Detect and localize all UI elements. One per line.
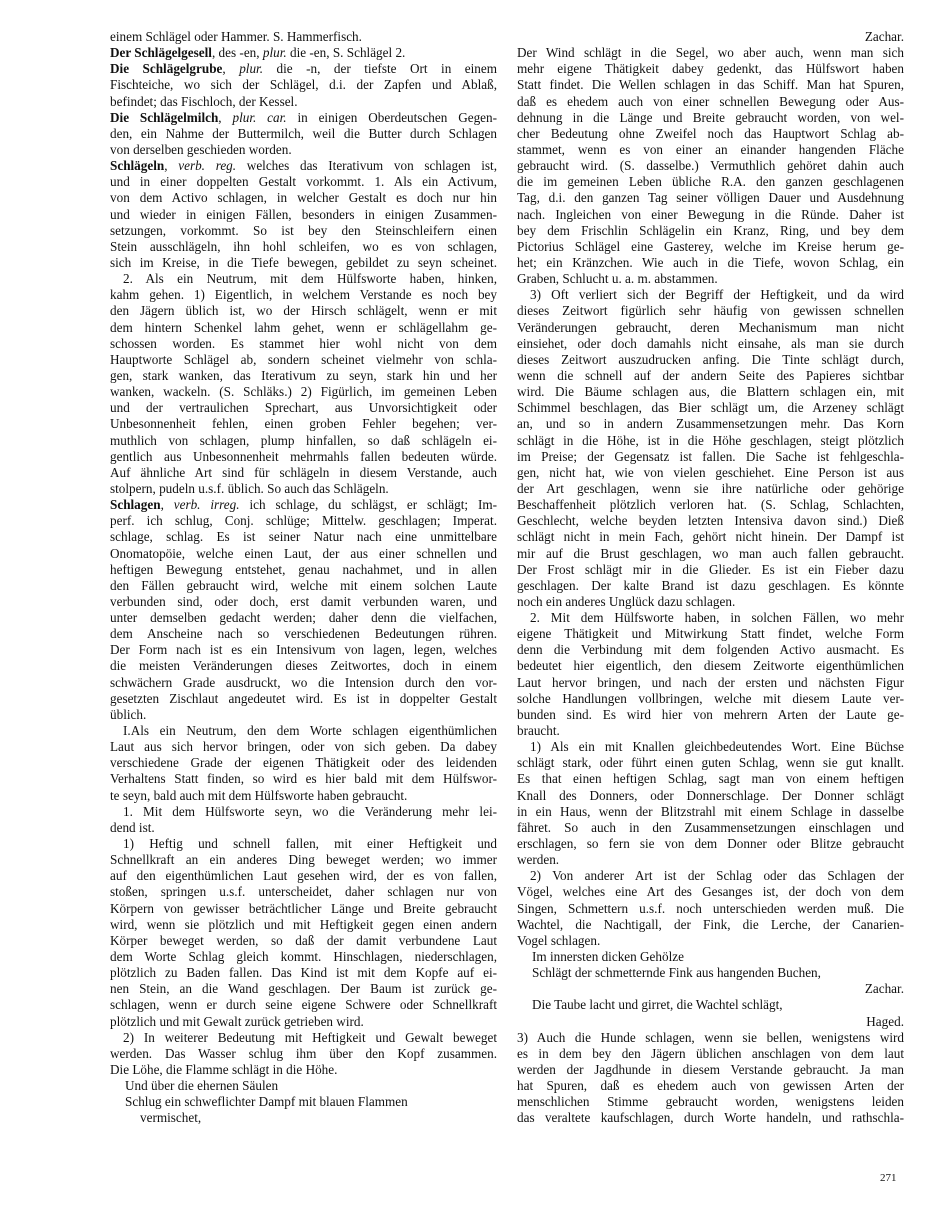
- text-line: Pictorius Schlägel eine Gasterey, welche…: [517, 239, 904, 255]
- text-line: 3) Oft verliert sich der Begriff der Hef…: [517, 287, 904, 303]
- text-line: Zachar.: [517, 981, 904, 997]
- text-line: Die Löhe, die Flamme schlägt in die Höhe…: [110, 1062, 497, 1078]
- entry-headword-line: Schlägeln, verb. reg. welches das Iterat…: [110, 158, 497, 174]
- grammar-label: verb. irreg.: [174, 497, 240, 512]
- text-line: unter demselben gedacht werden; daher de…: [110, 610, 497, 626]
- text-line: Zachar.: [517, 29, 904, 45]
- text-line: Es that einen heftigen Schlag, sagt man …: [517, 771, 904, 787]
- right-column: Zachar.Der Wind schlägt in die Segel, wo…: [517, 29, 904, 1127]
- text-line: in ein Haus, wenn der Blitzstrahl mit ei…: [517, 804, 904, 820]
- text-line: plötzlich und mit Gewalt zurück getriebe…: [110, 1014, 497, 1030]
- text-line: verbunden sind, oder doch, erst damit ve…: [110, 594, 497, 610]
- grammar-label: verb. reg.: [178, 158, 236, 173]
- page-number: 271: [880, 1172, 897, 1184]
- text-line: wird. Die Bäume schlagen aus, die Blatte…: [517, 384, 904, 400]
- text-line: te seyn, bald auch mit dem Hülfsworte ha…: [110, 788, 497, 804]
- text-line: eigene Thätigkeit und Mitwirkung Statt f…: [517, 626, 904, 642]
- text-line: das veraltete kaufschlagen, durch Worte …: [517, 1110, 904, 1126]
- text-line: nach. Ingleichen von einer Bewegung in d…: [517, 207, 904, 223]
- text-line: Körper beweget werden, so daß der damit …: [110, 933, 497, 949]
- text-line: schlage, schlag. Es ist seiner Natur nac…: [110, 529, 497, 545]
- text-line: daß es ehedem auch von einer schnellen B…: [517, 94, 904, 110]
- left-column: einem Schlägel oder Hammer. S. Hammerfis…: [110, 29, 497, 1127]
- text-line: fähret. So auch in den Zusammensetzungen…: [517, 820, 904, 836]
- text-line: 1. Mit dem Hülfsworte seyn, wo die Verän…: [110, 804, 497, 820]
- text-line: den, ein Nahme der Buttermilch, weil die…: [110, 126, 497, 142]
- text-line: noch ein anderes Unglück dazu schlagen.: [517, 594, 904, 610]
- text-line: Verhaltens Statt finden, so wird es hier…: [110, 771, 497, 787]
- entry-headword-line: Schlagen, verb. irreg. ich schlage, du s…: [110, 497, 497, 513]
- text-line: einsiehet, oder doch damahls nicht einsa…: [517, 336, 904, 352]
- text-line: mir auf die Brust geschlagen, wo man auc…: [517, 546, 904, 562]
- text-line: Graben, Schlucht u. a. m. abstammen.: [517, 271, 904, 287]
- text-line: üblich.: [110, 707, 497, 723]
- text-line: plötzlich zu Baden fallen. Das Kind ist …: [110, 965, 497, 981]
- text-line: von derselben geschieden worden.: [110, 142, 497, 158]
- text-line: dieses Zeitwort figürlich sehr häufig vo…: [517, 303, 904, 319]
- text-line: werden.: [517, 852, 904, 868]
- text-line: Schlug ein schweflichter Dampf mit blaue…: [110, 1094, 497, 1110]
- text-line: Stein ausschlägeln, ihn hohl schleifen, …: [110, 239, 497, 255]
- text-line: Schimmel beschlagen, das Bier schlägt um…: [517, 400, 904, 416]
- text-line: von dem Activo schlagen, in welcher Gest…: [110, 190, 497, 206]
- text-line: gen, stark wanken, das Iterativum zu sey…: [110, 368, 497, 384]
- text-line: menschlichen Stimme gebraucht worden, we…: [517, 1094, 904, 1110]
- text-line: het; ein Kränzchen. Wie auch in die Tief…: [517, 255, 904, 271]
- text-line: Auf ähnliche Art sind für schlägeln in d…: [110, 465, 497, 481]
- headword: Schlägeln: [110, 158, 164, 173]
- text-line: Hauptworte Schlägel ab, sondern scheinet…: [110, 352, 497, 368]
- text-line: der Art geschlagen, wenn sie ihre natürl…: [517, 481, 904, 497]
- text-line: gentlich aus Unbesonnenheit mehrmahls fa…: [110, 449, 497, 465]
- text-line: wanken, wackeln. (S. Schläks.) 2) Figürl…: [110, 384, 497, 400]
- text-line: schlägt in die Höhe, ist in die Höhe ges…: [517, 433, 904, 449]
- text-line: muthlich von schlagen, plump hinfallen, …: [110, 433, 497, 449]
- text-line: einem Schlägel oder Hammer. S. Hammerfis…: [110, 29, 497, 45]
- text-line: dem Worte Schlag gleich kommt. Hinschlag…: [110, 949, 497, 965]
- text-line: auf den eigenthümlichen Laut gesehen wir…: [110, 868, 497, 884]
- entry-headword-line: Der Schlägelgesell, des -en, plur. die -…: [110, 45, 497, 61]
- text-line: befindet; das Fischloch, der Kessel.: [110, 94, 497, 110]
- text-line: Der Form nach ist es ein Intensivum von …: [110, 642, 497, 658]
- text-line: Vögel, welches eine Art des Gesanges ist…: [517, 884, 904, 900]
- text-line: 1) Als ein mit Knallen gleichbedeutendes…: [517, 739, 904, 755]
- text-line: heftigen Bewegung entstehet, genau nacha…: [110, 562, 497, 578]
- text-line: wenn die schnell auf der andern Seite de…: [517, 368, 904, 384]
- text-line: verschiedene Grade der eigenen Thätigkei…: [110, 755, 497, 771]
- text-line: stolpern, pudeln u.s.f. üblich. So auch …: [110, 481, 497, 497]
- text-line: Schlägt der schmetternde Fink aus hangen…: [517, 965, 904, 981]
- text-line: nen Stein, an die Wand geschlagen. Der B…: [110, 981, 497, 997]
- text-line: stoßen, springen u.s.f. unterscheidet, d…: [110, 884, 497, 900]
- text-line: Die Taube lacht und girret, die Wachtel …: [517, 997, 904, 1013]
- text-line: Schnellkraft an ein anderes Ding beweget…: [110, 852, 497, 868]
- text-line: erschlagen, so fern sie von dem Donner o…: [517, 836, 904, 852]
- text-line: 2. Mit dem Hülfsworte haben, in solchen …: [517, 610, 904, 626]
- grammar-label: plur. car.: [232, 110, 286, 125]
- text-line: Vogel schlagen.: [517, 933, 904, 949]
- text-line: Veränderungen gebraucht, deren Mechanism…: [517, 320, 904, 336]
- text-line: Der Wind schlägt in die Segel, wo aber a…: [517, 45, 904, 61]
- text-line: bey dem Frischlin Schlägelin ein Kranz, …: [517, 223, 904, 239]
- text-line: 2) In weiterer Bedeutung mit Heftigkeit …: [110, 1030, 497, 1046]
- text-line: schlägt nicht in mein Fach, gehört nicht…: [517, 529, 904, 545]
- text-line: werden der Jagdhunde in diesem Verstande…: [517, 1062, 904, 1078]
- text-line: die im gemeinen Leben übliche R.A. den g…: [517, 174, 904, 190]
- text-line: Onomatopöie, welche einen Laut, der aus …: [110, 546, 497, 562]
- text-line: dehnung in die Länge und Breite gebrauch…: [517, 110, 904, 126]
- text-line: schlägt stark, oder führt einen guten Sc…: [517, 755, 904, 771]
- text-line: werden. Das Wasser schlug ihm über den K…: [110, 1046, 497, 1062]
- text-line: braucht.: [517, 723, 904, 739]
- entry-headword-line: Die Schlägelgrube, plur. die -n, der tie…: [110, 61, 497, 77]
- text-line: gen, nicht hat, wie von vielen geschiehe…: [517, 465, 904, 481]
- text-line: bedeutet hier eigentlich, den diesem Zei…: [517, 658, 904, 674]
- text-line: stammet, wenn es von einer an einander h…: [517, 142, 904, 158]
- headword: Die Schlägelmilch: [110, 110, 218, 125]
- text-line: 2) Von anderer Art ist der Schlag oder d…: [517, 868, 904, 884]
- text-line: und der vertraulichen Sprechart, aus Unv…: [110, 400, 497, 416]
- text-line: hat Spuren, daß es ehedem auch von gewis…: [517, 1078, 904, 1094]
- entry-headword-line: Die Schlägelmilch, plur. car. in einigen…: [110, 110, 497, 126]
- text-line: schossen worden. Es stammet hier wohl ni…: [110, 336, 497, 352]
- headword: Schlagen: [110, 497, 161, 512]
- text-line: 3) Auch die Hunde schlagen, wenn sie bel…: [517, 1030, 904, 1046]
- text-line: an, und so in andern Zusammensetzungen m…: [517, 416, 904, 432]
- text-line: vermischet,: [110, 1110, 497, 1126]
- text-line: Laut hervor bringen, und nach der ersten…: [517, 675, 904, 691]
- text-line: sich im Kreise, in die Tiefe bewegen, ge…: [110, 255, 497, 271]
- text-line: denn die Verbindung mit dem folgenden Ac…: [517, 642, 904, 658]
- text-line: kahm gehen. 1) Eigentlich, in welchem Ve…: [110, 287, 497, 303]
- text-line: cher Bedeutung ohne Zweifel noch das Hau…: [517, 126, 904, 142]
- grammar-label: plur.: [239, 61, 263, 76]
- text-line: perf. ich schlug, Conj. schlüge; Mittelw…: [110, 513, 497, 529]
- text-line: Unbesonnenheit fehlen, einen groben Fehl…: [110, 416, 497, 432]
- text-line: dem hintern Schenkel lahm gehet, wenn er…: [110, 320, 497, 336]
- text-line: den Fällen gebraucht wird, welche mit ei…: [110, 578, 497, 594]
- text-line: dem Anscheine nach so verschiedenen Bede…: [110, 626, 497, 642]
- text-line: Knall des Donners, oder Donnerschlage. D…: [517, 788, 904, 804]
- text-line: Fischteiche, wo sich der Schlägel, d.i. …: [110, 77, 497, 93]
- text-line: Statt findet. Die Wellen schlagen in das…: [517, 77, 904, 93]
- text-line: setzungen, vorkommt. So ist bey den Stei…: [110, 223, 497, 239]
- text-line: Geschlecht, welche beyden letzten Intens…: [517, 513, 904, 529]
- text-line: 2. Als ein Neutrum, mit dem Hülfsworte h…: [110, 271, 497, 287]
- text-line: den Jägern üblich ist, wo der Hirsch sch…: [110, 303, 497, 319]
- text-line: Tag, d.i. den ganzen Tag seiner völligen…: [517, 190, 904, 206]
- text-line: gebraucht wird. (S. dasselbe.) Vermuthli…: [517, 158, 904, 174]
- text-line: Im innersten dicken Gehölze: [517, 949, 904, 965]
- text-line: Körpern von gewisser beträchtlicher Läng…: [110, 901, 497, 917]
- text-line: und wieder in einigen Fällen, besonders …: [110, 207, 497, 223]
- headword: Die Schlägelgrube: [110, 61, 222, 76]
- text-line: gesetzten Zischlaut angedeutet wird. Es …: [110, 691, 497, 707]
- text-line: Haged.: [517, 1014, 904, 1030]
- text-line: bunden sind. Es wird hier von mehrern Ar…: [517, 707, 904, 723]
- text-line: im Preise; der Gegensatz ist fallen. Die…: [517, 449, 904, 465]
- text-line: Und über die ehernen Säulen: [110, 1078, 497, 1094]
- text-line: Beschaffenheit plötzlich verloren hat. (…: [517, 497, 904, 513]
- text-line: schwächern Grade ausdruckt, wo die Inten…: [110, 675, 497, 691]
- text-line: wird, wenn sie plötzlich und mit Heftigk…: [110, 917, 497, 933]
- text-line: solche Handlungen vollbringen, welche mi…: [517, 691, 904, 707]
- text-line: die meisten Veränderungen dieses Zeitwor…: [110, 658, 497, 674]
- text-line: Laut aus sich hervor bringen, oder von s…: [110, 739, 497, 755]
- headword: Der Schlägelgesell: [110, 45, 212, 60]
- text-line: Der Frost schlägt mir in die Glieder. Es…: [517, 562, 904, 578]
- text-line: dieses Zeitwort auszudrucken anfing. Die…: [517, 352, 904, 368]
- text-line: schlagen, wenn er durch seine eigene Sch…: [110, 997, 497, 1013]
- text-line: I.Als ein Neutrum, den dem Worte schlage…: [110, 723, 497, 739]
- text-line: 1) Heftig und schnell fallen, mit einer …: [110, 836, 497, 852]
- text-line: es in dem bey den Jägern üblichen anschl…: [517, 1046, 904, 1062]
- text-line: mehr eigene Thätigkeit dabey gedenkt, da…: [517, 61, 904, 77]
- grammar-label: plur.: [263, 45, 287, 60]
- text-line: Wachtel, die Nachtigall, der Fink, die L…: [517, 917, 904, 933]
- text-line: und in einer doppelten Gestalt vorkommt.…: [110, 174, 497, 190]
- text-line: geschlagen. Der kalte Brand ist dazu ges…: [517, 578, 904, 594]
- text-line: Singen, Schmettern u.s.f. noch unterschi…: [517, 901, 904, 917]
- text-line: dend ist.: [110, 820, 497, 836]
